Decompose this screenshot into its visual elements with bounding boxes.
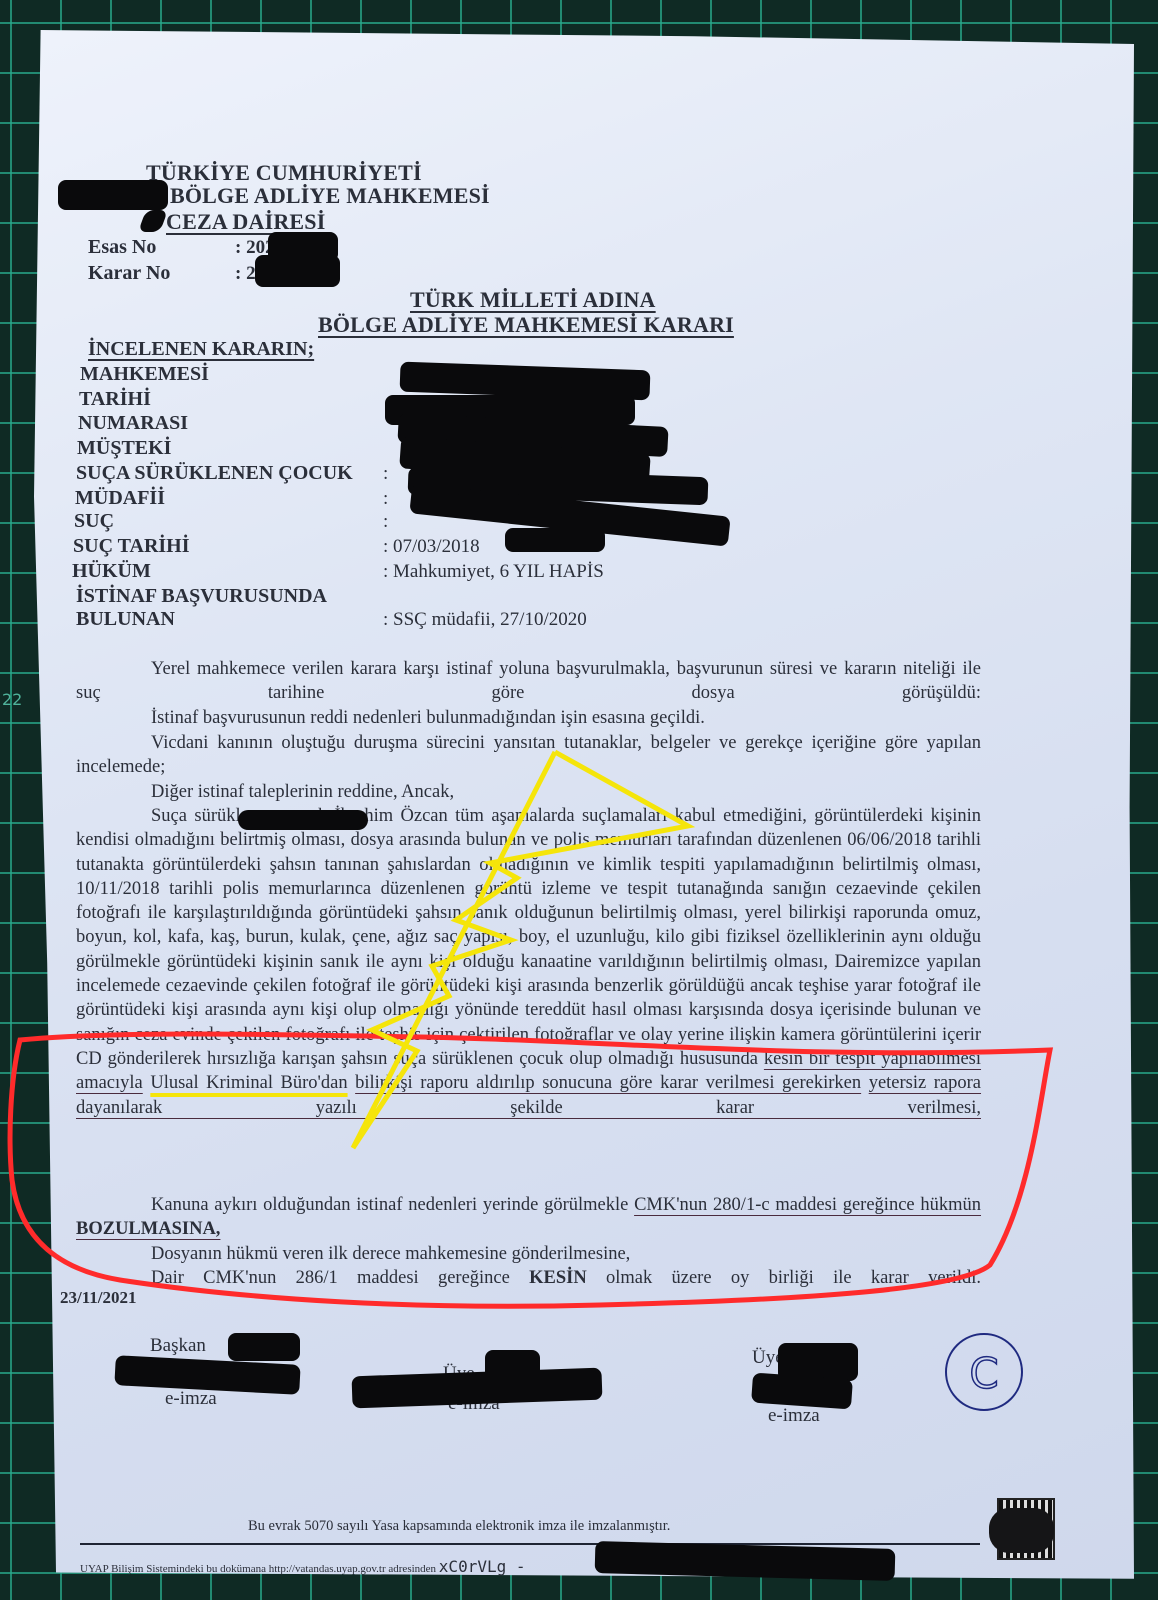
paragraph-8: Dair CMK'nun 286/1 maddesi gereğince KES… [76, 1266, 981, 1290]
cutting-mat-ruler-number: 22 [2, 690, 22, 709]
signature-esign: e-imza [165, 1388, 217, 1410]
field-value: : [383, 463, 388, 485]
signature-esign: e-imza [768, 1405, 820, 1427]
field-label: SUÇ [74, 510, 114, 533]
paragraph-7: Dosyanın hükmü veren ilk derece mahkemes… [76, 1242, 981, 1266]
redaction [255, 255, 340, 287]
decision-date: 23/11/2021 [60, 1288, 137, 1308]
signature-role-president: Başkan [150, 1335, 206, 1357]
esign-note: Bu evrak 5070 sayılı Yasa kapsamında ele… [248, 1518, 670, 1535]
field-label: MÜŞTEKİ [77, 437, 171, 460]
field-label: MAHKEMESİ [80, 363, 209, 386]
redaction [505, 528, 605, 552]
field-value: : 07/03/2018 [383, 536, 480, 558]
decision-title-1: TÜRK MİLLETİ ADINA [410, 287, 656, 313]
redaction [228, 1333, 300, 1361]
court-title: BÖLGE ADLİYE MAHKEMESİ [170, 183, 490, 209]
field-label: İSTİNAF BAŞVURUSUNDA [76, 585, 327, 608]
paragraph-6: Kanuna aykırı olduğundan istinaf nedenle… [76, 1193, 981, 1242]
redaction [58, 180, 168, 210]
paragraph-4: Diğer istinaf taleplerinin reddine, Anca… [76, 780, 981, 804]
field-value: : [383, 511, 388, 533]
paragraph-2: İstinaf başvurusunun reddi nedenleri bul… [76, 706, 981, 730]
document-code: xC0rVLg - [439, 1557, 526, 1576]
ruling-bold: BOZULMASINA, [76, 1219, 220, 1239]
field-label: SUÇ TARİHİ [73, 535, 190, 558]
field-label: TARİHİ [79, 388, 151, 411]
paragraph-3: Vicdani kanının oluştuğu duruşma sürecin… [76, 731, 981, 780]
karar-value: : 2 [235, 263, 256, 285]
case-section-title: İNCELENEN KARARIN; [88, 338, 314, 361]
redaction [238, 810, 368, 830]
paragraph-1: Yerel mahkemece verilen karara karşı ist… [76, 657, 981, 706]
footer-divider [80, 1543, 980, 1545]
paragraph-5: Suça sürüklenen çocuk İbrahim Özcan tüm … [76, 804, 981, 1120]
highlighted-text: Ulusal Kriminal Büro'dan [150, 1073, 347, 1093]
karar-label: Karar No [88, 262, 170, 285]
field-label: SUÇA SÜRÜKLENEN ÇOCUK [76, 462, 353, 485]
field-label: BULUNAN [76, 608, 175, 631]
decision-title-2: BÖLGE ADLİYE MAHKEMESİ KARARI [318, 312, 734, 338]
esas-label: Esas No [88, 236, 156, 259]
redaction [989, 1508, 1054, 1553]
field-value: : [383, 488, 388, 510]
field-value: : Mahkumiyet, 6 YIL HAPİS [383, 561, 604, 583]
field-label: HÜKÜM [72, 560, 151, 583]
field-label: NUMARASI [78, 412, 188, 435]
field-value: : SSÇ müdafii, 27/10/2020 [383, 609, 587, 631]
field-label: MÜDAFİİ [75, 487, 165, 510]
